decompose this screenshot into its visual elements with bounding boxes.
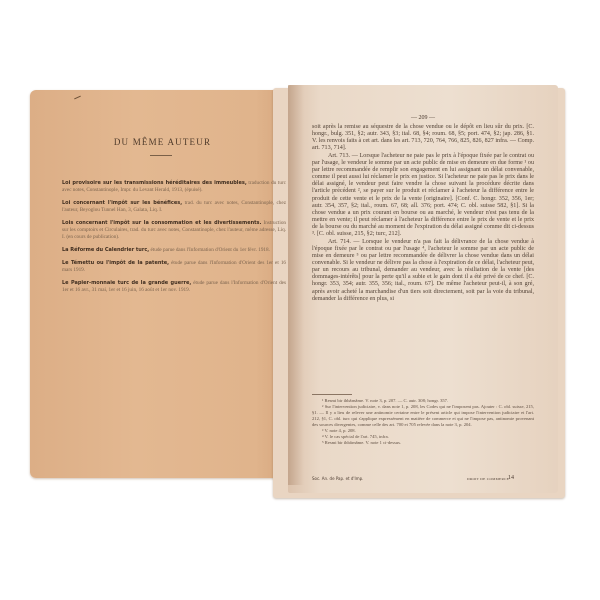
bibliography-entry: La Réforme du Calendrier turc, étude par… bbox=[62, 247, 286, 254]
body-text: soit après la remise au séquestre de la … bbox=[312, 124, 534, 303]
bibliography-entry: Le Témettu ou l'impôt de la patente, étu… bbox=[62, 260, 286, 274]
printer-imprint: Soc. An. de Pap. et d'Imp. bbox=[312, 476, 363, 481]
bibliography-entry: Loi concernant l'impôt sur les bénéfices… bbox=[62, 200, 286, 214]
article-714: Art. 714. — Lorsque le vendeur n'a pas f… bbox=[312, 239, 534, 303]
bibliography-entry: Le Papier-monnaie turc de la grande guer… bbox=[62, 280, 286, 294]
signature-mark: 14 bbox=[508, 475, 514, 481]
page-number: — 209 — bbox=[288, 115, 558, 121]
page-title: DU MÊME AUTEUR bbox=[30, 137, 295, 147]
footnote: ² Sur l'intervention judiciaire, v. dans… bbox=[312, 404, 534, 428]
title-rule bbox=[150, 155, 172, 156]
running-title: DROIT DE COMMERCE bbox=[467, 477, 509, 481]
bibliography-list: Loi provisoire sur les transmissions hér… bbox=[62, 180, 286, 300]
footnotes: ¹ Resmi bir ihbârnâme. V. note 3, p. 207… bbox=[312, 398, 534, 446]
footnote-rule bbox=[312, 394, 352, 395]
paragraph: soit après la remise au séquestre de la … bbox=[312, 124, 534, 153]
article-713: Art. 713. — Lorsque l'acheteur ne paie p… bbox=[312, 153, 534, 239]
bibliography-entry: Lois concernant l'impôt sur la consommat… bbox=[62, 220, 286, 241]
bibliography-entry: Loi provisoire sur les transmissions hér… bbox=[62, 180, 286, 194]
footnote: ⁵ Resmi bir ihbârnâme. V. note 1 ci-dess… bbox=[312, 440, 534, 446]
